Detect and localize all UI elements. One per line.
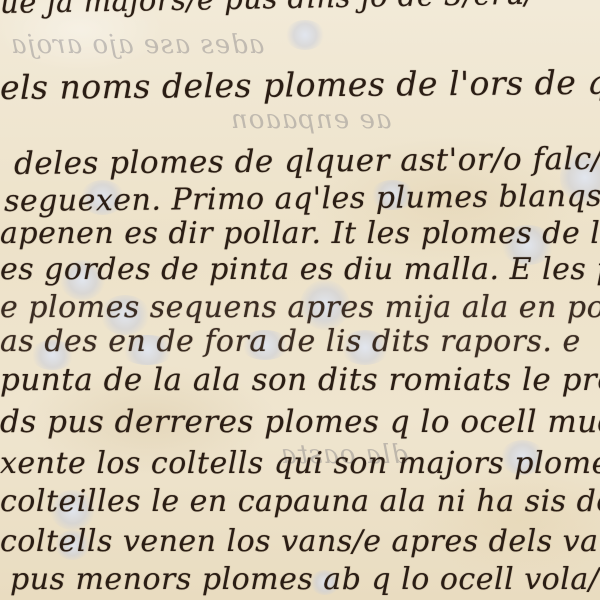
manuscript-line: apenen es dir pollar. It les plomes de l… [0,216,600,251]
bleed-through-text: ae enpaaon [230,105,391,135]
manuscript-line: xente los coltells qui son majors plomes… [0,446,600,481]
manuscript-line: punta de la ala son dits romiats le prof… [0,362,600,398]
manuscript-line: coltells venen los vans/e apres dels van… [0,524,600,559]
manuscript-line: ds pus derreres plomes q lo ocell muda [0,404,600,440]
manuscript-line: e plomes sequens apres mija ala en pos [0,290,600,325]
bleed-through-text: ades ase ajo aroja [10,30,264,60]
manuscript-line: colteilles le en capauna ala ni ha sis d… [0,484,600,519]
manuscript-line: pus menors plomes ab q lo ocell vola/ [10,562,599,597]
paper-stain [285,20,325,50]
manuscript-line: seguexen. Primo aq'les plumes blanqs q [4,179,600,219]
manuscript-line: els noms deles plomes de l'ors de q'l [0,63,600,107]
manuscript-line: es gordes de pinta es diu malla. E les p… [0,252,600,287]
manuscript-line: deles plomes de qlquer ast'or/o falc/o [14,141,600,182]
manuscript-line: as des en de fora de lis dits rapors. e [0,324,581,359]
